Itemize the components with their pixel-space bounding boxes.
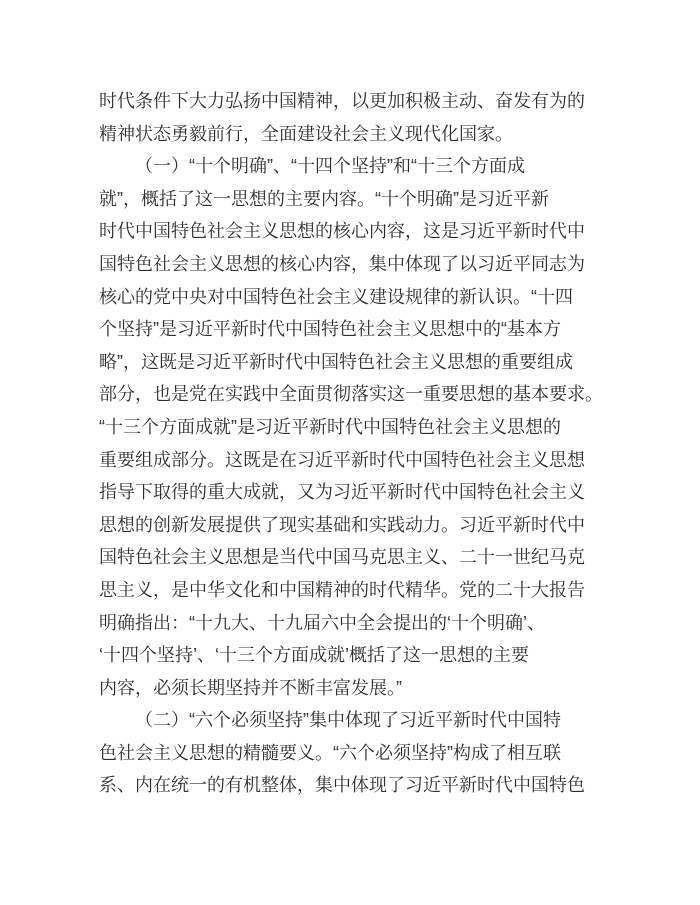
text-line: 重要组成部分。这既是在习近平新时代中国特色社会主义思想 bbox=[99, 444, 605, 477]
text-line: “十三个方面成就”是习近平新时代中国特色社会主义思想的 bbox=[99, 411, 605, 444]
text-line: 精神状态勇毅前行，全面建设社会主义现代化国家。 bbox=[99, 118, 605, 151]
text-line: 思想的创新发展提供了现实基础和实践动力。习近平新时代中 bbox=[99, 509, 605, 542]
text-line: 略”，这既是习近平新时代中国特色社会主义思想的重要组成 bbox=[99, 346, 605, 379]
text-line: 个坚持”是习近平新时代中国特色社会主义思想中的“基本方 bbox=[99, 313, 605, 346]
text-line: 时代中国特色社会主义思想的核心内容，这是习近平新时代中 bbox=[99, 215, 605, 248]
text-line: 内容，必须长期坚持并不断丰富发展。” bbox=[99, 672, 605, 705]
text-line: （一）“十个明确”、“十四个坚持”和“十三个方面成 bbox=[99, 150, 605, 183]
paragraph: （一）“十个明确”、“十四个坚持”和“十三个方面成就”，概括了这一思想的主要内容… bbox=[99, 150, 605, 704]
document-body: 时代条件下大力弘扬中国精神，以更加积极主动、奋发有为的精神状态勇毅前行，全面建设… bbox=[99, 85, 605, 802]
text-line: 时代条件下大力弘扬中国精神，以更加积极主动、奋发有为的 bbox=[99, 85, 605, 118]
paragraph: 时代条件下大力弘扬中国精神，以更加积极主动、奋发有为的精神状态勇毅前行，全面建设… bbox=[99, 85, 605, 150]
text-line: 明确指出：“十九大、十九届六中全会提出的‘十个明确’、 bbox=[99, 607, 605, 640]
text-line: （二）“六个必须坚持”集中体现了习近平新时代中国特 bbox=[99, 704, 605, 737]
text-line: 系、内在统一的有机整体，集中体现了习近平新时代中国特色 bbox=[99, 769, 605, 802]
text-line: 国特色社会主义思想的核心内容，集中体现了以习近平同志为 bbox=[99, 248, 605, 281]
text-line: 核心的党中央对中国特色社会主义建设规律的新认识。“十四 bbox=[99, 281, 605, 314]
text-line: 指导下取得的重大成就，又为习近平新时代中国特色社会主义 bbox=[99, 476, 605, 509]
paragraph: （二）“六个必须坚持”集中体现了习近平新时代中国特色社会主义思想的精髓要义。“六… bbox=[99, 704, 605, 802]
text-line: 思主义，是中华文化和中国精神的时代精华。党的二十大报告 bbox=[99, 574, 605, 607]
text-line: ‘十四个坚持’、‘十三个方面成就’概括了这一思想的主要 bbox=[99, 639, 605, 672]
text-line: 部分，也是党在实践中全面贯彻落实这一重要思想的基本要求。 bbox=[99, 378, 605, 411]
text-line: 国特色社会主义思想是当代中国马克思主义、二十一世纪马克 bbox=[99, 541, 605, 574]
document-page: 时代条件下大力弘扬中国精神，以更加积极主动、奋发有为的精神状态勇毅前行，全面建设… bbox=[0, 0, 700, 905]
text-line: 色社会主义思想的精髓要义。“六个必须坚持”构成了相互联 bbox=[99, 737, 605, 770]
text-line: 就”，概括了这一思想的主要内容。“十个明确”是习近平新 bbox=[99, 183, 605, 216]
